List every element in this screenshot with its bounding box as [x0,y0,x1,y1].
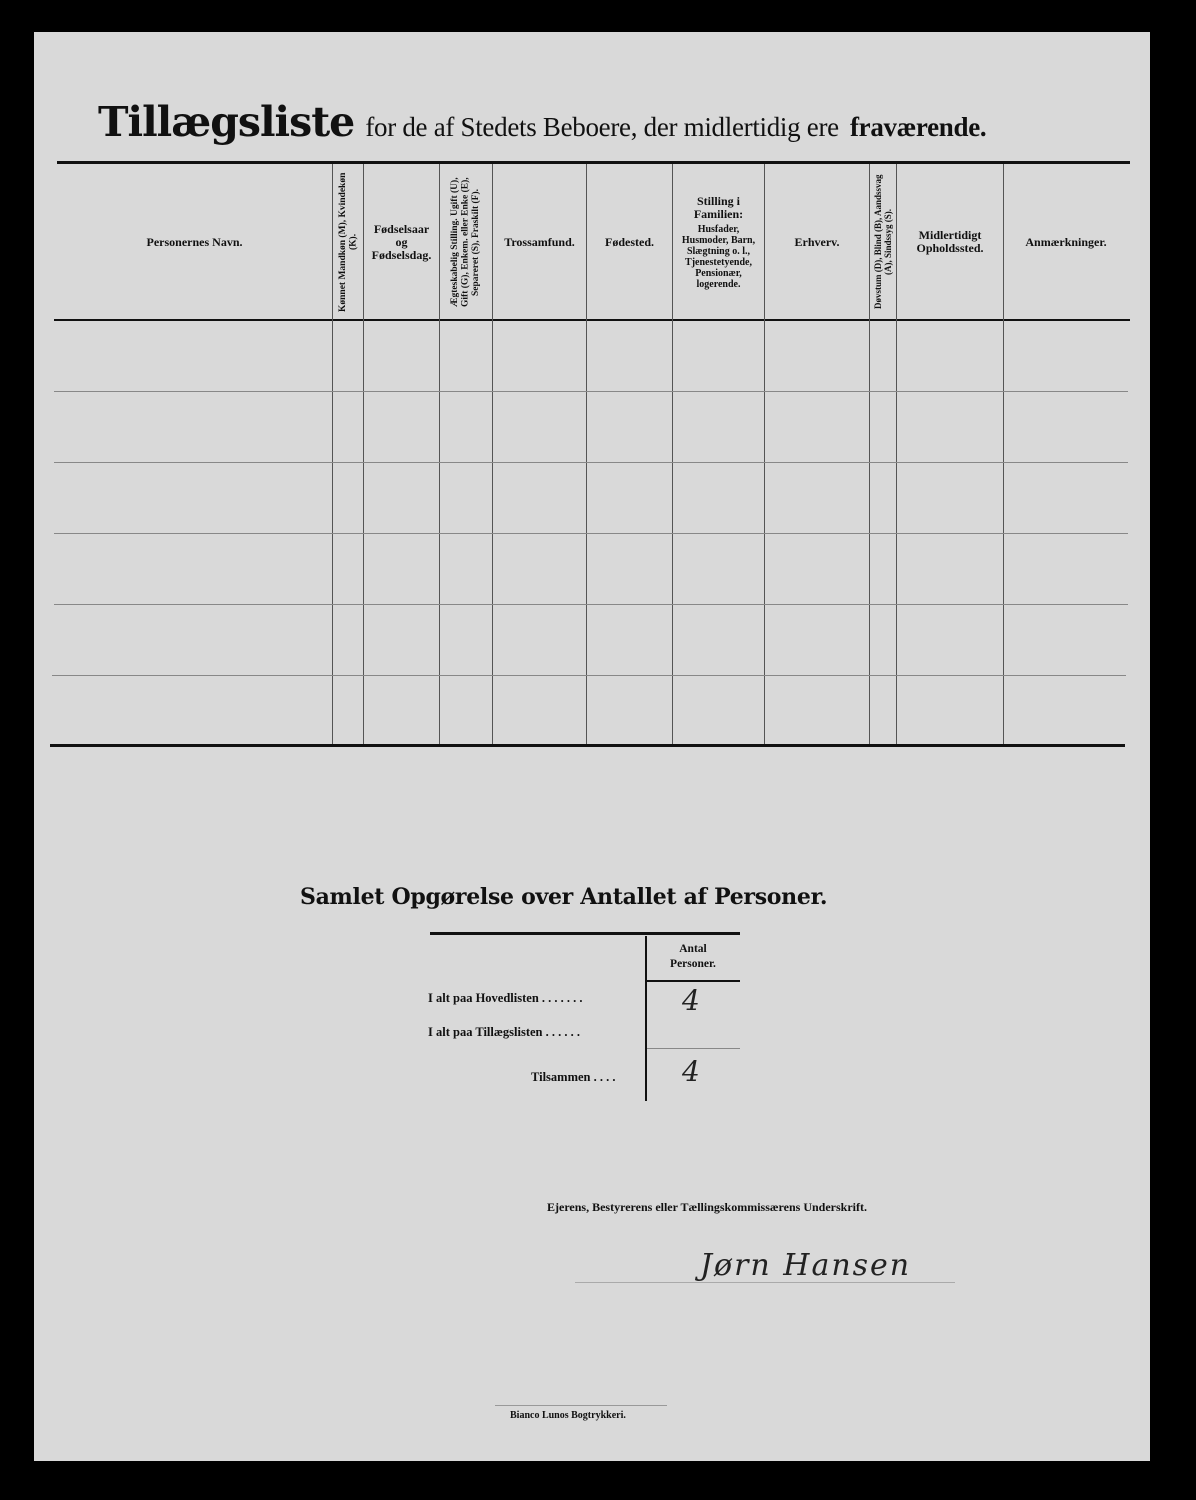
signature-caption: Ejerens, Bestyrerens eller Tællingskommi… [547,1200,867,1215]
form-title: Tillægsliste for de af Stedets Beboere, … [98,98,986,146]
header-label: Personernes Navn. [147,236,243,249]
header-antal: Antal [650,942,736,957]
header-label: Døvstum (D), Blind (B), Aandssvag (A), S… [873,168,893,316]
header-midlertidigt-opholdssted: Midlertidigt Opholdssted. [897,166,1003,318]
table-header-rule [54,319,1130,321]
header-sublabel: Husfader, Husmoder, Barn, Slægtning o. l… [676,224,762,290]
header-label: Kønnet Mandkøn (M), Kvindekøn (K). [338,166,359,318]
header-erhverv: Erhverv. [765,166,869,318]
header-fodselsaar: Fødselsaar og Fødselsdag. [364,166,439,318]
header-personer: Personer. [650,957,736,972]
signature: Jørn Hansen [700,1248,911,1283]
table-bottom-rule [50,744,1125,747]
header-stilling-i-familien: Stilling i Familien: Husfader, Husmoder,… [673,166,764,318]
table-top-rule [57,161,1130,164]
row-divider [52,675,1126,676]
printer-rule [495,1405,667,1406]
title-subtitle-bold: fraværende. [850,112,986,142]
header-aegteskabelig-stilling: Ægteskabelig Stilling. Ugift (U), Gift (… [440,166,492,318]
summary-title: Samlet Opgørelse over Antallet af Person… [300,884,827,910]
summary-value-tilsammen: 4 [682,1055,700,1088]
row-divider [54,604,1128,605]
summary-header-rule [647,980,740,982]
printer-imprint: Bianco Lunos Bogtrykkeri. [510,1410,626,1421]
header-label: Ægteskabelig Stilling. Ugift (U), Gift (… [450,168,482,316]
title-main: Tillægsliste [98,98,354,146]
header-label: Midlertidigt Opholdssted. [905,229,995,255]
summary-label-hovedlisten: I alt paa Hovedlisten . . . . . . . [428,991,583,1006]
row-divider [54,462,1128,463]
header-anmaerkninger: Anmærkninger. [1004,166,1128,318]
header-label: Fødselsaar og Fødselsdag. [367,223,437,262]
header-label: Erhverv. [795,236,840,249]
summary-row-divider [647,1048,740,1049]
header-label: Trossamfund. [504,236,575,249]
header-label: Anmærkninger. [1025,236,1106,249]
summary-value-hovedlisten: 4 [682,984,700,1017]
header-fodested: Fødested. [587,166,672,318]
header-helse: Døvstum (D), Blind (B), Aandssvag (A), S… [870,166,896,318]
header-label: Fødested. [605,236,654,249]
header-kjonnet: Kønnet Mandkøn (M), Kvindekøn (K). [333,166,363,318]
summary-column-rule [645,936,647,1101]
title-subtitle: for de af Stedets Beboere, der midlertid… [365,112,839,142]
summary-label-tillaegslisten: I alt paa Tillægslisten . . . . . . [428,1025,580,1040]
row-divider [54,533,1128,534]
header-trossamfund: Trossamfund. [493,166,586,318]
header-personernes-navn: Personernes Navn. [57,166,332,318]
summary-top-rule [430,932,740,935]
header-label: Stilling i Familien: [684,195,754,221]
row-divider [54,391,1128,392]
summary-column-header: Antal Personer. [650,942,736,972]
summary-label-tilsammen: Tilsammen . . . . [531,1070,616,1085]
